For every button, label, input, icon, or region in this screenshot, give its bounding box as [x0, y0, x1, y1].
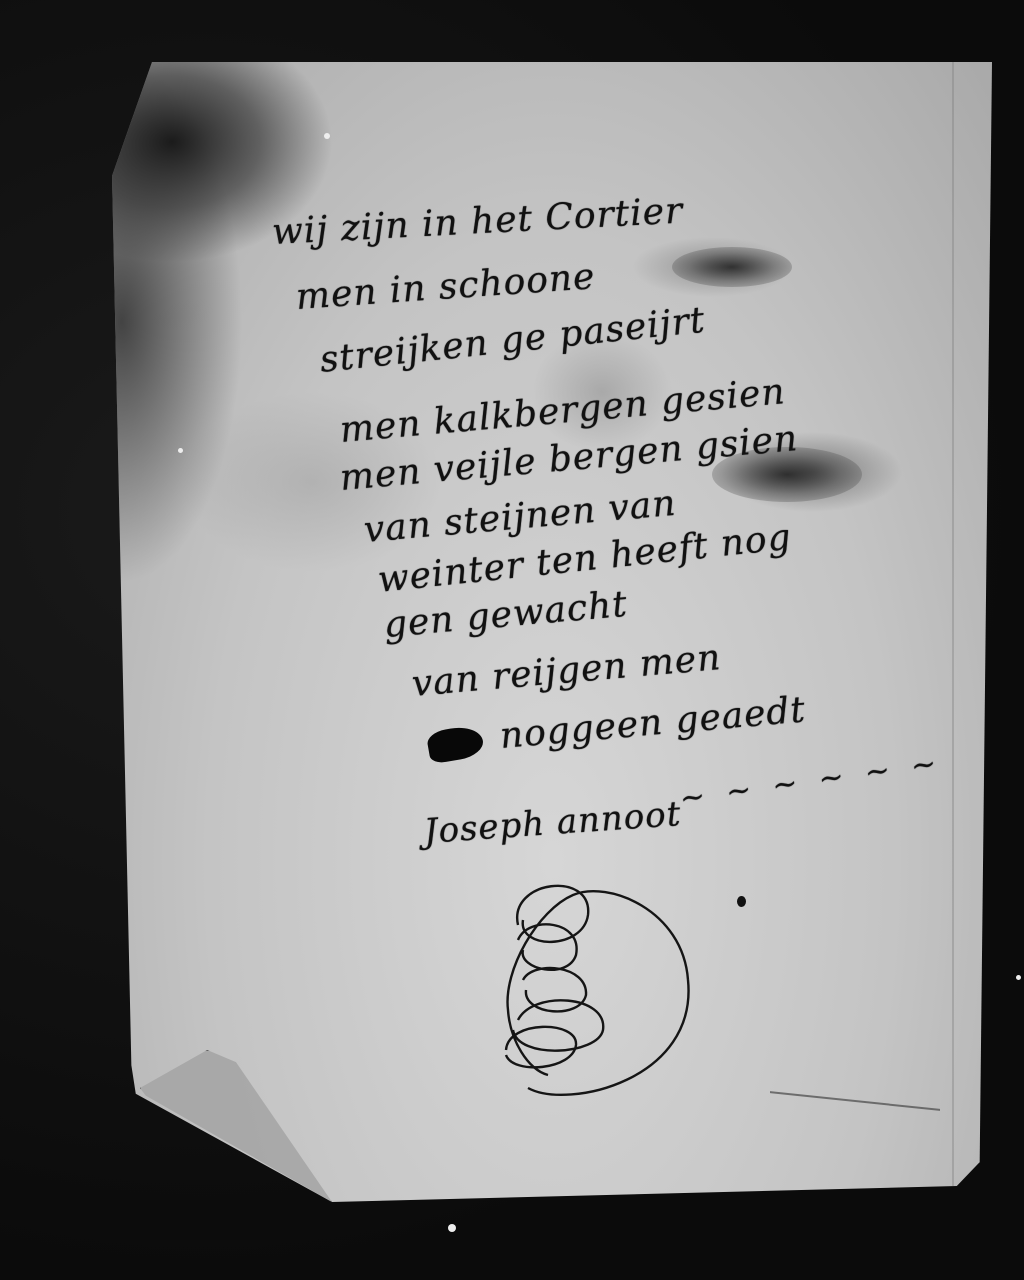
dust-speck [178, 448, 183, 453]
dust-speck [1016, 975, 1021, 980]
ink-smudge-top [672, 247, 792, 287]
dust-speck [448, 1224, 456, 1232]
dust-speck [324, 133, 330, 139]
ink-dot [737, 896, 746, 907]
scanned-document: wij zijn in het Cortier men in schoone s… [0, 0, 1024, 1280]
paraph-flourish-icon [488, 870, 698, 1100]
